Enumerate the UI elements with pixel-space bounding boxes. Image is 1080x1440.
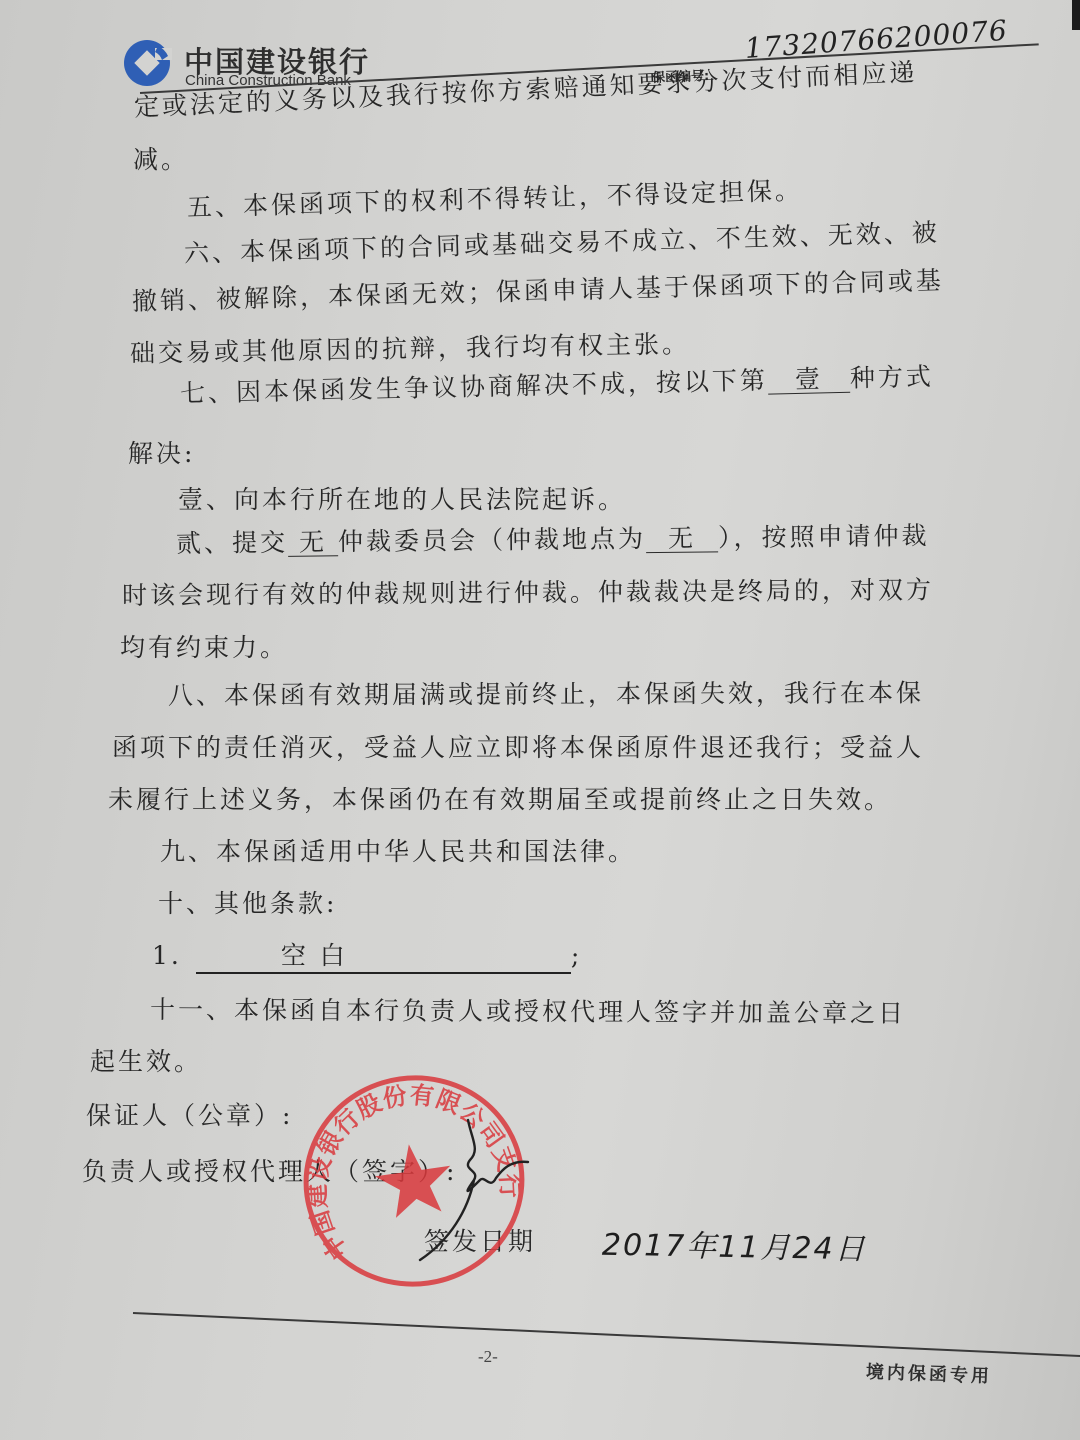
clause-7-text: 七、因本保函发生争议协商解决不成，按以下第 (180, 366, 769, 408)
item-end: ; (571, 941, 582, 970)
page-edge-shadow (1072, 0, 1080, 30)
clause-6: 六、本保函项下的合同或基础交易不成立、不生效、无效、被 (183, 213, 940, 270)
guarantor-label: 保证人（公章）: (86, 1096, 293, 1132)
footer-mark: 境内保函专用 (866, 1358, 993, 1388)
option-2-text-end: ），按照申请仲裁 (718, 521, 930, 552)
body-line: 起生效。 (90, 1042, 202, 1078)
body-line: 撤销、被解除，本保函无效；保函申请人基于保函项下的合同或基 (132, 261, 945, 318)
arbitration-commission-fill: 无 (288, 529, 338, 557)
page-number: -2- (478, 1347, 498, 1367)
issue-date-value: 2017年11月24日 (602, 1220, 867, 1269)
document-page: 中国建设银行 China Construction Bank 保函编号: 173… (0, 0, 1080, 1440)
body-line: 解决: (128, 434, 195, 470)
body-line: 础交易或其他原因的抗辩，我行均有权主张。 (130, 324, 691, 370)
footer-divider (133, 1312, 1080, 1358)
clause-10: 十、其他条款: (158, 884, 337, 920)
item-number: 1. (152, 941, 182, 970)
option-2-text: 贰、提交 (176, 528, 288, 558)
clause-8: 八、本保函有效期届满或提前终止，本保函失效，我行在本保 (168, 673, 924, 712)
arbitration-place-fill: 无 (646, 525, 718, 553)
body-line: 时该会现行有效的仲裁规则进行仲裁。仲裁裁决是终局的，对双方 (122, 570, 934, 612)
handwritten-signature (410, 1100, 550, 1280)
body-line: 均有约束力。 (120, 628, 288, 664)
option-2: 贰、提交无仲裁委员会（仲裁地点为无），按照申请仲裁 (176, 516, 930, 560)
clause-11: 十一、本保函自本行负责人或授权代理人签字并加盖公章之日 (150, 990, 906, 1030)
clause-9: 九、本保函适用中华人民共和国法律。 (160, 832, 636, 868)
other-terms-item-1: 1.空 白; (152, 936, 582, 974)
clause-7-text-end: 种方式 (850, 362, 935, 393)
ccb-logo-icon (122, 38, 172, 88)
other-terms-fill: 空 白 (196, 936, 571, 974)
body-line: 减。 (133, 140, 189, 176)
body-line: 函项下的责任消灭，受益人应立即将本保函原件退还我行；受益人 (112, 728, 924, 764)
option-1: 壹、向本行所在地的人民法院起诉。 (178, 480, 626, 516)
body-line: 未履行上述义务，本保函仍在有效期届至或提前终止之日失效。 (108, 780, 892, 816)
clause-5: 五、本保函项下的权利不得转让，不得设定担保。 (186, 171, 803, 224)
dispute-method-fill: 壹 (768, 366, 851, 395)
option-2-text-mid: 仲裁委员会（仲裁地点为 (338, 524, 646, 556)
